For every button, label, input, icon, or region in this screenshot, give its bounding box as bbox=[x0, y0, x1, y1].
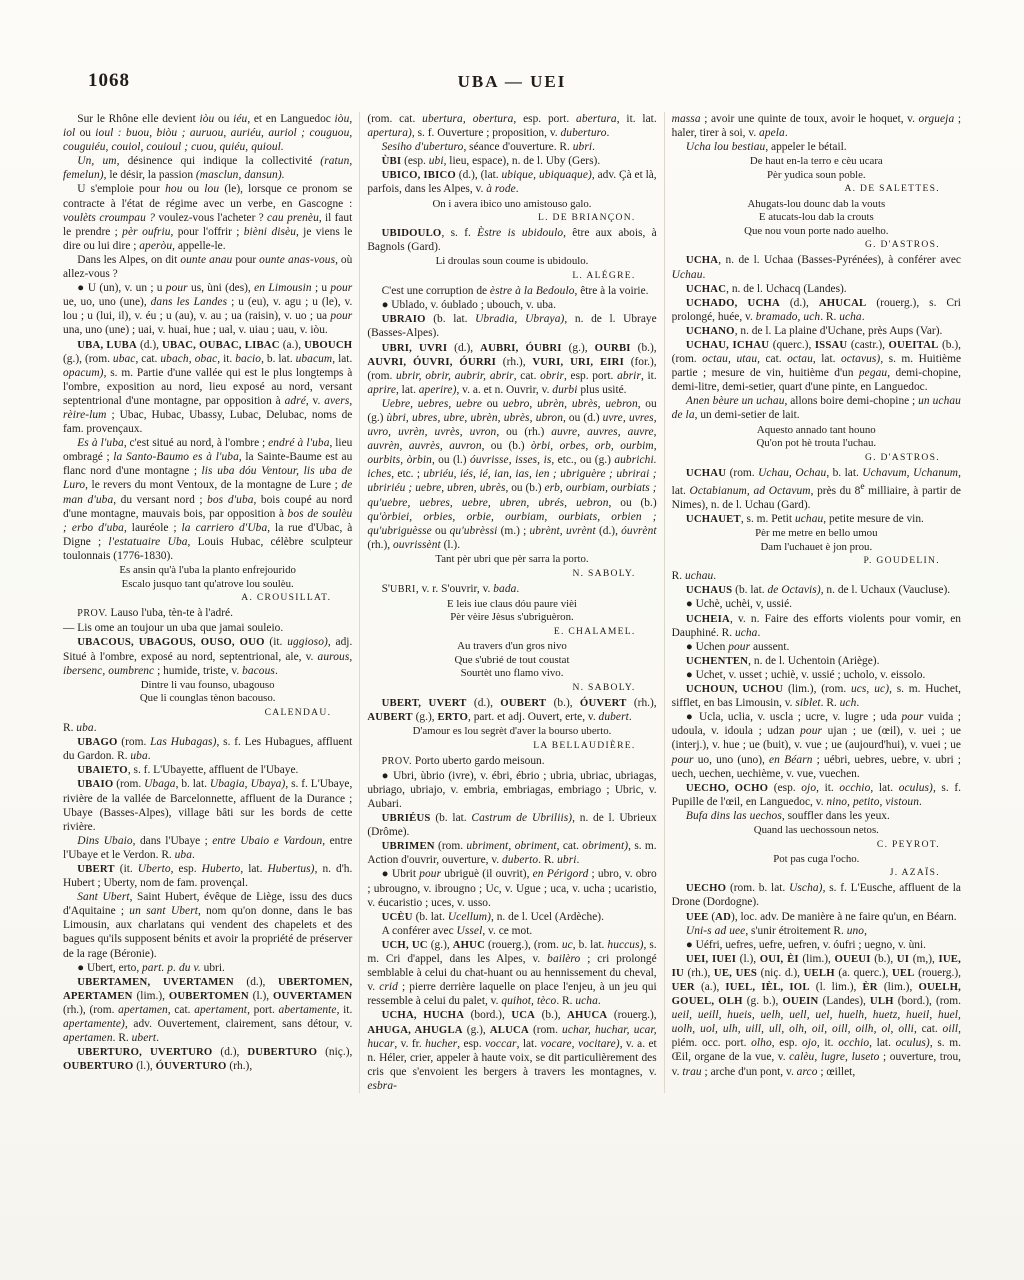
paragraph: PROV. Lauso l'uba, tèn-te à l'adré. bbox=[63, 606, 352, 621]
paragraph: UEI, IUEI (l.), OUI, ÈI (lim.), OUEUI (b… bbox=[672, 952, 961, 1079]
verse-quote: Es ansin qu'à l'uba la planto enfrejouri… bbox=[63, 564, 352, 591]
paragraph: UECHO, OCHO (esp. ojo, it. occhio, lat. … bbox=[672, 781, 961, 809]
verse-quote: Dintre li vau founso, ubagousoQue li cou… bbox=[63, 679, 352, 706]
attribution: A. CROUSILLAT. bbox=[63, 591, 352, 605]
verse-quote: Li droulas soun coume is ubidoulo. bbox=[367, 255, 656, 269]
paragraph: Sur le Rhône elle devient iòu ou iéu, et… bbox=[63, 112, 352, 154]
verse-quote: D'amour es lou segrèt d'aver la bourso u… bbox=[367, 725, 656, 739]
verse-quote: Au travers d'un gros nivoQue s'ubrié de … bbox=[367, 640, 656, 681]
paragraph: R. uchau. bbox=[672, 569, 961, 583]
paragraph: UBERT (it. Uberto, esp. Huberto, lat. Hu… bbox=[63, 862, 352, 890]
paragraph: UBAIO (rom. Ubaga, b. lat. Ubagia, Ubaya… bbox=[63, 777, 352, 833]
attribution: L. DE BRIANÇON. bbox=[367, 211, 656, 225]
paragraph: UEE (AD), loc. adv. De manière à ne fair… bbox=[672, 910, 961, 924]
paragraph: ● U (un), v. un ; u pour us, ùni (des), … bbox=[63, 281, 352, 337]
paragraph: ● Uchen pour aussent. bbox=[672, 640, 961, 654]
paragraph: Es à l'uba, c'est situé au nord, à l'omb… bbox=[63, 436, 352, 563]
paragraph: UBAIETO, s. f. L'Ubayette, affluent de l… bbox=[63, 763, 352, 777]
paragraph: UBERTAMEN, UVERTAMEN (d.), UBERTOMEN, AP… bbox=[63, 975, 352, 1045]
paragraph: UCHA, n. de l. Uchaa (Basses-Pyrénées), … bbox=[672, 253, 961, 281]
paragraph: Bufa dins las uechos, souffler dans les … bbox=[672, 809, 961, 823]
paragraph: UCHANO, n. de l. La plaine d'Uchane, prè… bbox=[672, 324, 961, 338]
paragraph: A conférer avec Ussel, v. ce mot. bbox=[367, 924, 656, 938]
paragraph: Uni-s ad uee, s'unir étroitement R. uno, bbox=[672, 924, 961, 938]
paragraph: Ucha lou bestiau, appeler le bétail. bbox=[672, 140, 961, 154]
paragraph: UCHAC, n. de l. Uchacq (Landes). bbox=[672, 282, 961, 296]
paragraph: UBICO, IBICO (d.), (lat. ubique, ubiquaq… bbox=[367, 168, 656, 196]
verse-quote: E leis iue claus dóu paure vièiPèr vèire… bbox=[367, 598, 656, 625]
attribution: J. AZAÏS. bbox=[672, 866, 961, 880]
paragraph: C'est une corruption de èstre à la Bedou… bbox=[367, 284, 656, 298]
paragraph: UCHADO, UCHA (d.), AHUCAL (rouerg.), s. … bbox=[672, 296, 961, 324]
paragraph: UCHAUS (b. lat. de Octavis), n. de l. Uc… bbox=[672, 583, 961, 597]
page-header: 1068 UBA — UEI bbox=[60, 70, 964, 96]
paragraph: UBRI, UVRI (d.), AUBRI, ÓUBRI (g.), OURB… bbox=[367, 341, 656, 397]
paragraph: UBERTURO, UVERTURO (d.), DUBERTURO (niç.… bbox=[63, 1045, 352, 1073]
paragraph: ● Ubri, ùbrio (ivre), v. ébri, ébrio ; u… bbox=[367, 769, 656, 811]
paragraph: UCHEIA, v. n. Faire des efforts violents… bbox=[672, 612, 961, 640]
verse-quote: De haut en-la terro e cèu ucaraPèr yudic… bbox=[672, 155, 961, 182]
paragraph: UBIDOULO, s. f. Èstre is ubidoulo, être … bbox=[367, 226, 656, 254]
paragraph: UCHAUET, s. m. Petit uchau, petite mesur… bbox=[672, 512, 961, 526]
page-title: UBA — UEI bbox=[60, 72, 964, 92]
verse-quote: Ahugats-lou dounc dab la voutsE atucats-… bbox=[672, 198, 961, 239]
attribution: LA BELLAUDIÈRE. bbox=[367, 739, 656, 753]
attribution: C. PEYROT. bbox=[672, 838, 961, 852]
paragraph: UBRIÉUS (b. lat. Castrum de Ubriliis), n… bbox=[367, 811, 656, 839]
paragraph: Un, um, désinence qui indique la collect… bbox=[63, 154, 352, 182]
paragraph: UCH, UC (g.), AHUC (rouerg.), (rom. uc, … bbox=[367, 938, 656, 1008]
attribution: L. ALÉGRE. bbox=[367, 269, 656, 283]
attribution: G. D'ASTROS. bbox=[672, 238, 961, 252]
paragraph: (rom. cat. ubertura, obertura, esp. port… bbox=[367, 112, 656, 140]
paragraph: ● Ubrit pour ubriguè (il ouvrit), en Pér… bbox=[367, 867, 656, 909]
verse-quote: Quand las uechossoun netos. bbox=[672, 824, 961, 838]
paragraph: UBAGO (rom. Las Hubagas), s. f. Les Huba… bbox=[63, 735, 352, 763]
attribution: N. SABOLY. bbox=[367, 681, 656, 695]
paragraph: ● Uchet, v. usset ; uchiè, v. ussié ; uc… bbox=[672, 668, 961, 682]
paragraph: UECHO (rom. b. lat. Uscha), s. f. L'Eusc… bbox=[672, 881, 961, 909]
paragraph: UCHAU, ICHAU (querc.), ISSAU (castr.), O… bbox=[672, 338, 961, 394]
paragraph: U s'emploie pour hou ou lou (le), lorsqu… bbox=[63, 182, 352, 252]
paragraph: Dins Ubaio, dans l'Ubaye ; entre Ubaio e… bbox=[63, 834, 352, 862]
paragraph: Uebre, uebres, uebre ou uebro, ubrèn, ub… bbox=[367, 397, 656, 552]
attribution: E. CHALAMEL. bbox=[367, 625, 656, 639]
paragraph: Sant Ubert, Saint Hubert, évêque de Lièg… bbox=[63, 890, 352, 960]
paragraph: ● Uchè, uchèi, v, ussié. bbox=[672, 597, 961, 611]
column-1: Sur le Rhône elle devient iòu ou iéu, et… bbox=[56, 112, 359, 1093]
paragraph: UCHA, HUCHA (bord.), UCA (b.), AHUCA (ro… bbox=[367, 1008, 656, 1093]
verse-quote: On i avera ibico uno amistouso galo. bbox=[367, 198, 656, 212]
paragraph: UCHAU (rom. Uchau, Ochau, b. lat. Uchavu… bbox=[672, 466, 961, 512]
paragraph: ● Ucla, uclia, v. uscla ; ucre, v. lugre… bbox=[672, 710, 961, 780]
attribution: A. DE SALETTES. bbox=[672, 182, 961, 196]
paragraph: UBA, LUBA (d.), UBAC, OUBAC, LIBAC (a.),… bbox=[63, 338, 352, 437]
attribution: G. D'ASTROS. bbox=[672, 451, 961, 465]
paragraph: massa ; avoir une quinte de toux, avoir … bbox=[672, 112, 961, 140]
text-columns: Sur le Rhône elle devient iòu ou iéu, et… bbox=[56, 112, 968, 1093]
paragraph: ● Ublado, v. óublado ; ubouch, v. uba. bbox=[367, 298, 656, 312]
paragraph: — Lis ome an toujour un uba que jamai so… bbox=[63, 621, 352, 635]
paragraph: ● Ubert, erto, part. p. du v. ubri. bbox=[63, 961, 352, 975]
column-3: massa ; avoir une quinte de toux, avoir … bbox=[664, 112, 968, 1093]
dictionary-page: 1068 UBA — UEI Sur le Rhône elle devient… bbox=[0, 0, 1024, 1280]
paragraph: ÙBI (esp. ubi, lieu, espace), n. de l. U… bbox=[367, 154, 656, 168]
paragraph: Anen bèure un uchau, allons boire demi-c… bbox=[672, 394, 961, 422]
verse-quote: Tant pèr ubri que pèr sarra la porto. bbox=[367, 553, 656, 567]
verse-quote: Aquesto annado tant hounoQu'on pot hè tr… bbox=[672, 424, 961, 451]
paragraph: Dans les Alpes, on dit ounte anau pour o… bbox=[63, 253, 352, 281]
paragraph: Sesiho d'uberturo, séance d'ouverture. R… bbox=[367, 140, 656, 154]
paragraph: UCHENTEN, n. de l. Uchentoin (Ariège). bbox=[672, 654, 961, 668]
paragraph: UBACOUS, UBAGOUS, OUSO, OUO (it. uggioso… bbox=[63, 635, 352, 677]
verse-quote: Pot pas cuga l'ocho. bbox=[672, 853, 961, 867]
paragraph: S'UBRI, v. r. S'ouvrir, v. bada. bbox=[367, 582, 656, 597]
paragraph: UCHOUN, UCHOU (lim.), (rom. ucs, uc), s.… bbox=[672, 682, 961, 710]
paragraph: UBERT, UVERT (d.), OUBERT (b.), ÓUVERT (… bbox=[367, 696, 656, 724]
paragraph: PROV. Porto uberto gardo meisoun. bbox=[367, 754, 656, 769]
paragraph: UCÈU (b. lat. Ucellum), n. de l. Ucel (A… bbox=[367, 910, 656, 924]
paragraph: R. uba. bbox=[63, 721, 352, 735]
verse-quote: Pèr me metre en bello umouDam l'uchauet … bbox=[672, 527, 961, 554]
paragraph: UBRIMEN (rom. ubriment, obriment, cat. o… bbox=[367, 839, 656, 867]
attribution: CALENDAU. bbox=[63, 706, 352, 720]
attribution: P. GOUDELIN. bbox=[672, 554, 961, 568]
column-2: (rom. cat. ubertura, obertura, esp. port… bbox=[359, 112, 663, 1093]
attribution: N. SABOLY. bbox=[367, 567, 656, 581]
paragraph: UBRAIO (b. lat. Ubradia, Ubraya), n. de … bbox=[367, 312, 656, 340]
paragraph: ● Uéfri, uefres, uefre, uefren, v. óufri… bbox=[672, 938, 961, 952]
